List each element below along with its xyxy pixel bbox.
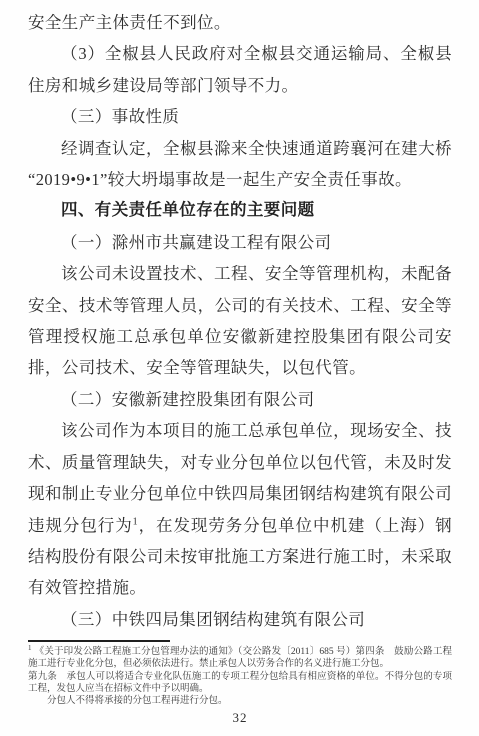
footnote-1-text: 《关于印发公路工程施工分包管理办法的通知》（交公路发〔2011〕685 号）第四… xyxy=(28,647,452,669)
subsection-heading-company3: （三）中铁四局集团钢结构建筑有限公司 xyxy=(28,604,452,635)
paragraph-continuation: 安全生产主体责任不到位。 xyxy=(28,7,452,38)
footnote-1: 1《关于印发公路工程施工分包管理办法的通知》（交公路发〔2011〕685 号）第… xyxy=(28,646,452,670)
footnote-subcontract-rule: 分包人不得将承接的分包工程再进行分包。 xyxy=(28,695,452,707)
paragraph-company1: 该公司未设置技术、工程、安全等管理机构，未配备安全、技术等管理人员，公司的有关技… xyxy=(28,258,452,384)
section-heading-responsible-units: 四、有关责任单位存在的主要问题 xyxy=(28,195,452,226)
paragraph-accident-nature: 经调查认定，全椒县滁来全快速通道跨襄河在建大桥“2019•9•1”较大坍塌事故是… xyxy=(28,133,452,196)
footnote-1-marker: 1 xyxy=(28,644,32,652)
footnote-separator-rule xyxy=(28,640,170,642)
document-page: 安全生产主体责任不到位。 （3）全椒县人民政府对全椒县交通运输局、全椒县住房和城… xyxy=(0,0,479,736)
paragraph-government-responsibility: （3）全椒县人民政府对全椒县交通运输局、全椒县住房和城乡建设局等部门领导不力。 xyxy=(28,38,452,101)
footnote-area: 1《关于印发公路工程施工分包管理办法的通知》（交公路发〔2011〕685 号）第… xyxy=(28,640,452,707)
subsection-heading-company2: （二）安徽新建控股集团有限公司 xyxy=(28,384,452,415)
page-number: 32 xyxy=(28,710,452,726)
footnote-article-9: 第九条 承包人可以将适合专业化队伍施工的专项工程分包给具有相应资格的单位。不得分… xyxy=(28,671,452,695)
subsection-heading-company1: （一）滁州市共赢建设工程有限公司 xyxy=(28,227,452,258)
paragraph-company2: 该公司作为本项目的施工总承包单位，现场安全、技术、质量管理缺失，对专业分包单位以… xyxy=(28,415,452,603)
subsection-heading-accident-nature: （三）事故性质 xyxy=(28,101,452,132)
document-body: 安全生产主体责任不到位。 （3）全椒县人民政府对全椒县交通运输局、全椒县住房和城… xyxy=(28,7,452,635)
